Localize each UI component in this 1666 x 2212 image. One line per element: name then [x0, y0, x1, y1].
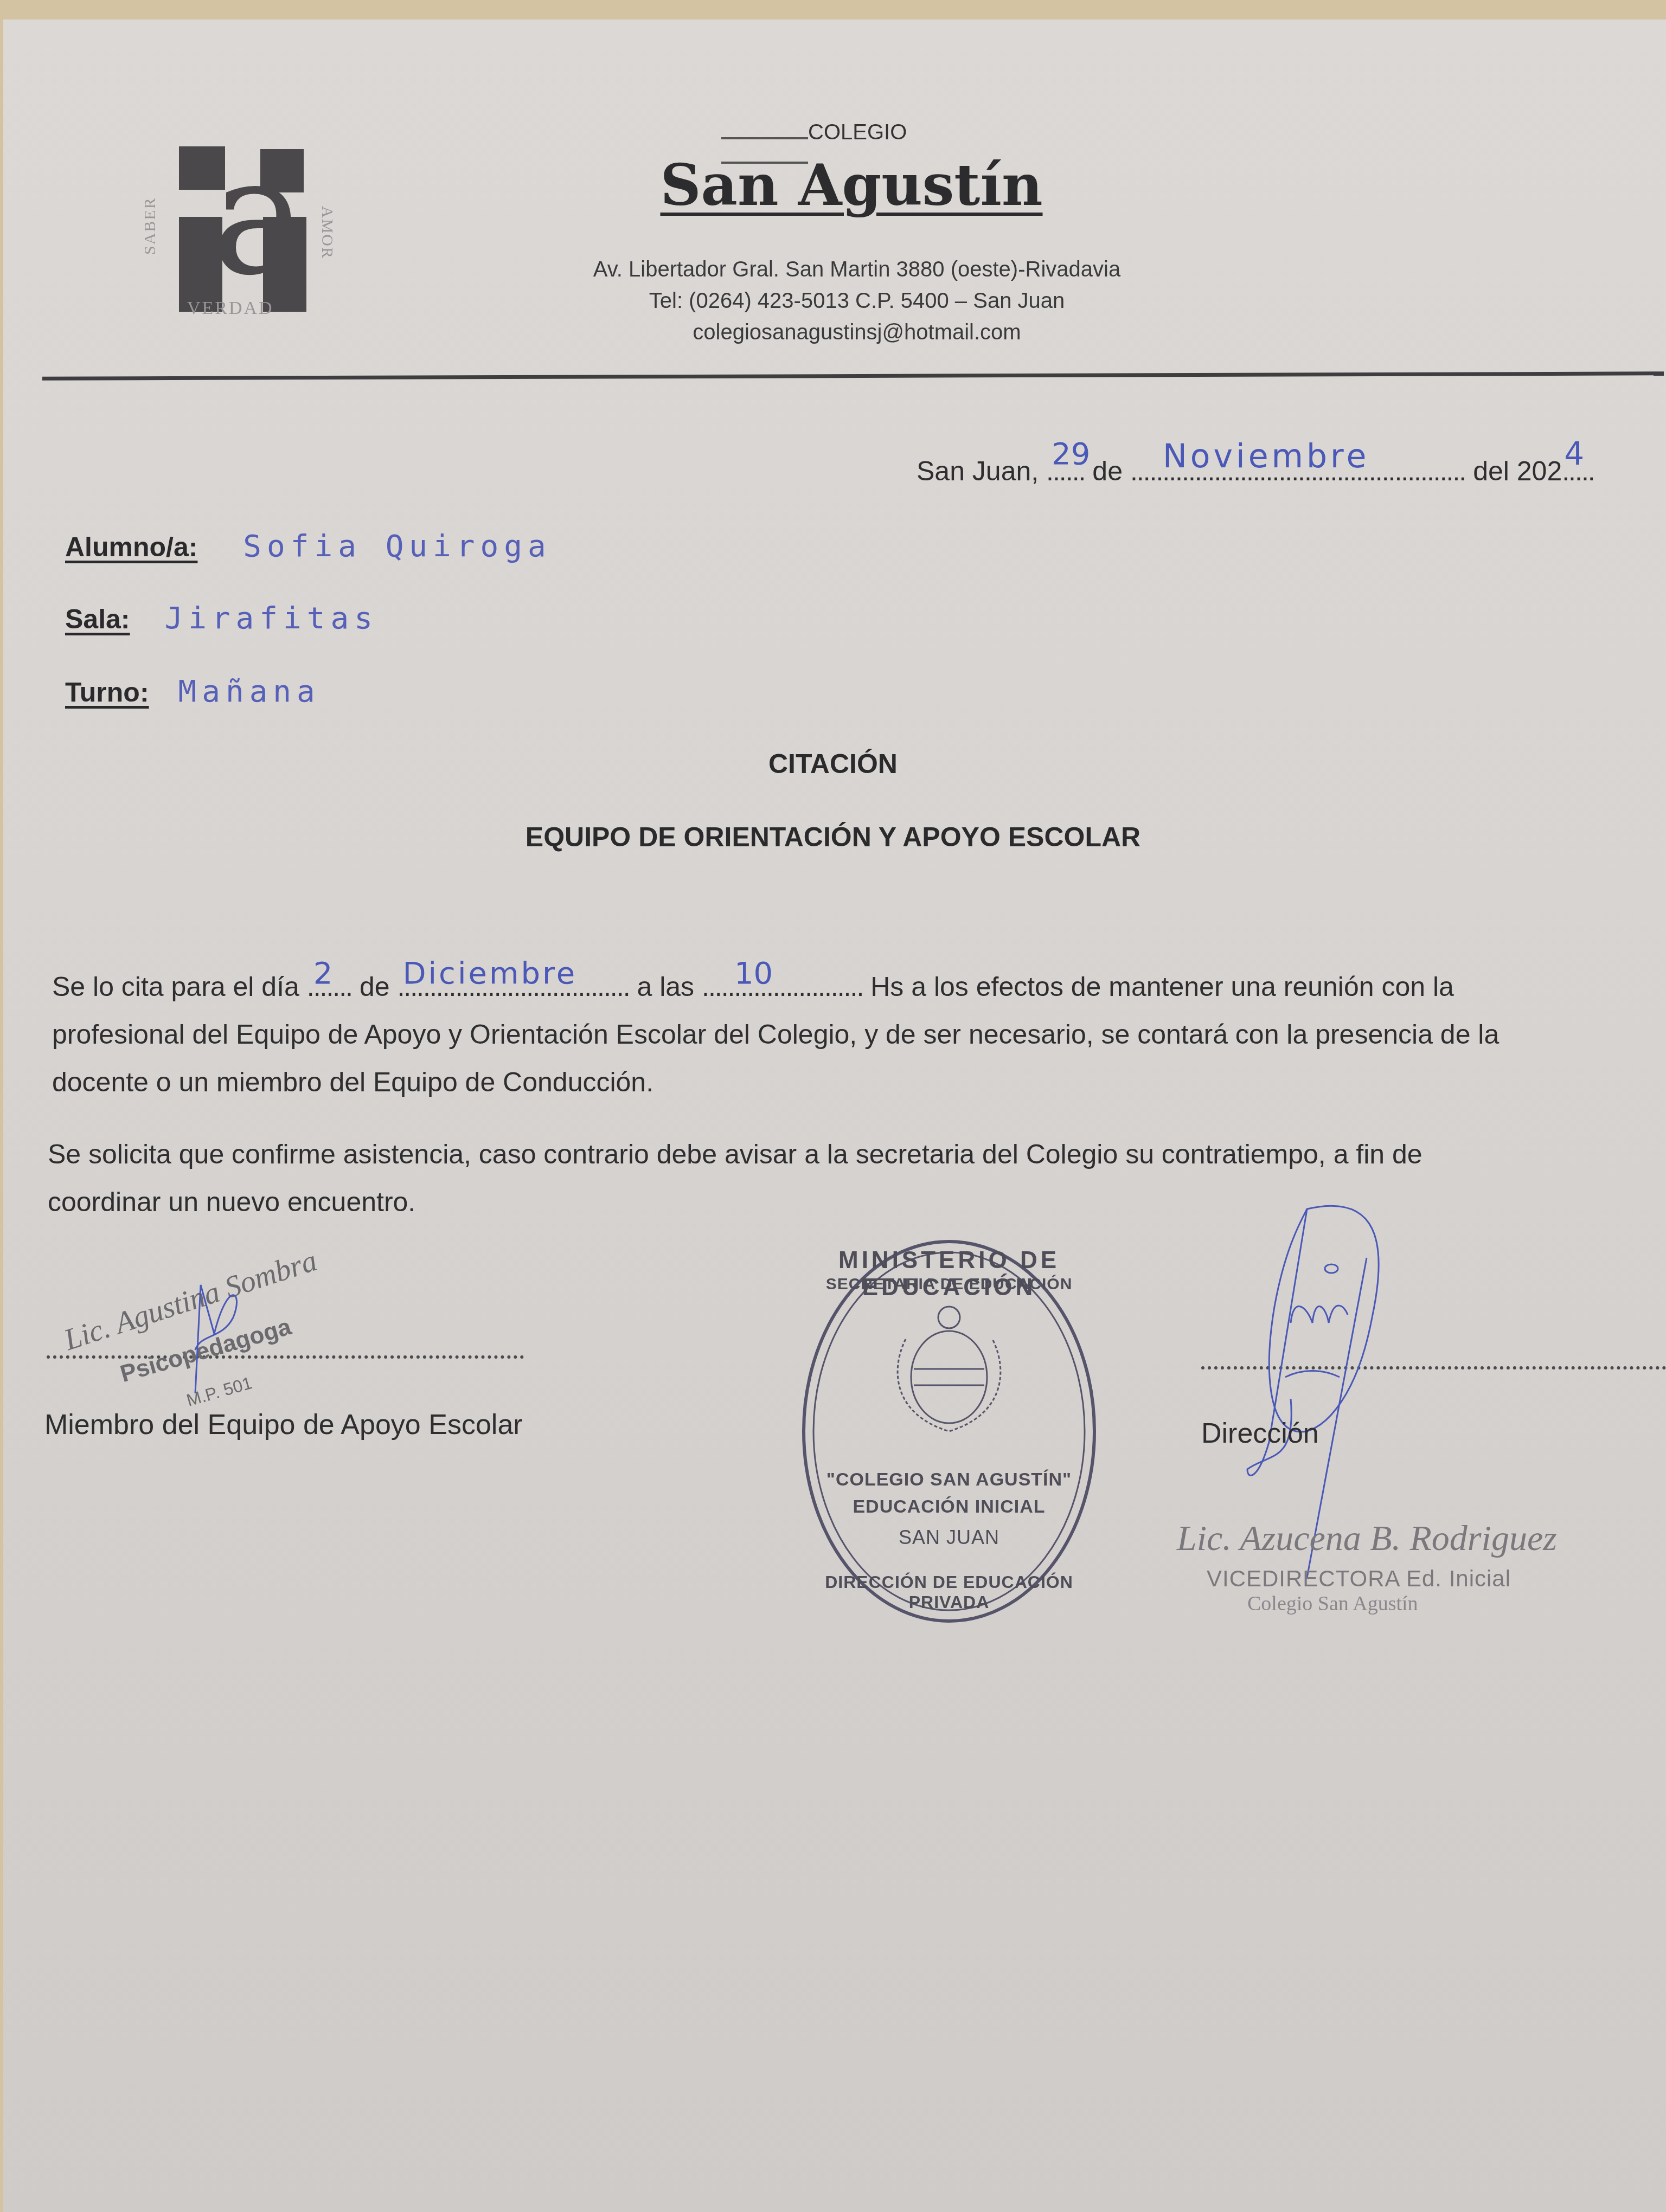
date-line: San Juan, ......29 de ..................…: [917, 455, 1594, 487]
stamp-name-right: Lic. Azucena B. Rodriguez: [1177, 1518, 1557, 1559]
summons-alas: a las: [637, 972, 694, 1002]
field-student: Alumno/a: Sofia Quiroga: [65, 529, 552, 564]
date-de: de: [1092, 456, 1123, 486]
seal-bottom: DIRECCIÓN DE EDUCACIÓN PRIVADA: [797, 1572, 1101, 1612]
email-line: colegiosanagustinsj@hotmail.com: [521, 317, 1193, 348]
kicker-text: COLEGIO: [808, 120, 907, 144]
document-subtitle: EQUIPO DE ORIENTACIÓN Y APOYO ESCOLAR: [0, 821, 1666, 853]
summons-day-value: 2: [313, 950, 333, 998]
field-shift-value: Mañana: [178, 674, 320, 709]
summons-prefix: Se lo cita para el día: [52, 972, 299, 1002]
summons-de: de: [360, 972, 390, 1002]
document-sheet: [3, 20, 1666, 2212]
date-year-field: .....4: [1562, 456, 1594, 486]
field-room: Sala: Jirafitas: [65, 601, 378, 636]
field-student-label: Alumno/a:: [65, 532, 197, 562]
kicker-rule-left: [721, 137, 808, 139]
stamp-role-right: VICEDIRECTORA Ed. Inicial: [1207, 1566, 1511, 1592]
seal-center-line-3: SAN JUAN: [797, 1526, 1101, 1549]
confirmation-line-1: Se solicita que confirme asistencia, cas…: [48, 1130, 1653, 1178]
logo-word-amor: AMOR: [318, 206, 336, 259]
dotted-line-left: [47, 1355, 524, 1359]
summons-hour-field: .........................10: [702, 972, 863, 1002]
date-year-prefix: del 202: [1473, 456, 1562, 486]
paragraph-summons: Se lo cita para el día .......2 de .....…: [52, 963, 1657, 1106]
school-logo: a SABER AMOR VERDAD: [157, 119, 342, 325]
seal-center-line-1: "COLEGIO SAN AGUSTÍN": [797, 1469, 1101, 1490]
seal-center-line-2: EDUCACIÓN INICIAL: [797, 1496, 1101, 1517]
date-month-field: ........................................…: [1130, 456, 1465, 486]
coat-of-arms-icon: [898, 1307, 1001, 1431]
summons-line-1: Se lo cita para el día .......2 de .....…: [52, 963, 1657, 1011]
summons-line-3: docente o un miembro del Equipo de Condu…: [52, 1058, 1657, 1106]
date-year-value: 4: [1564, 435, 1584, 472]
summons-month-value: Diciembre: [402, 950, 577, 998]
summons-month-field: ....................................Dici…: [397, 972, 629, 1002]
summons-day-field: .......2: [307, 972, 352, 1002]
date-month-value: Noviembre: [1163, 438, 1369, 475]
date-day-value: 29: [1052, 436, 1090, 472]
date-place: San Juan,: [917, 456, 1039, 486]
signature-label-right: Dirección: [1201, 1417, 1319, 1450]
field-room-label: Sala:: [65, 604, 130, 634]
address-line: Av. Libertador Gral. San Martin 3880 (oe…: [521, 254, 1193, 285]
signature-line-left: [47, 1355, 524, 1359]
seal-inner-top: SECRETARIA DE EDUCACIÓN: [797, 1275, 1101, 1294]
date-day-field: ......29: [1046, 456, 1085, 486]
official-seal: MINISTERIO DE EDUCACIÓN SECRETARIA DE ED…: [797, 1236, 1101, 1626]
document-title: CITACIÓN: [0, 748, 1666, 780]
summons-rest: Hs a los efectos de mantener una reunión…: [870, 972, 1454, 1002]
field-shift-label: Turno:: [65, 677, 149, 708]
field-room-value: Jirafitas: [164, 601, 377, 636]
school-name: San Agustín: [635, 152, 1068, 218]
summons-hour-value: 10: [734, 950, 773, 998]
summons-line-2: profesional del Equipo de Apoyo y Orient…: [52, 1011, 1657, 1058]
field-student-value: Sofia Quiroga: [243, 529, 551, 564]
logo-letter-icon: a: [212, 136, 298, 298]
stamp-school-right: Colegio San Agustín: [1247, 1592, 1418, 1616]
phone-line: Tel: (0264) 423-5013 C.P. 5400 – San Jua…: [521, 285, 1193, 317]
field-shift: Turno: Mañana: [65, 674, 321, 709]
logo-word-saber: SABER: [141, 197, 159, 255]
handwritten-signature-left-icon: [163, 1269, 271, 1410]
school-address: Av. Libertador Gral. San Martin 3880 (oe…: [521, 254, 1193, 348]
logo-word-verdad: VERDAD: [187, 298, 274, 319]
signature-label-left: Miembro del Equipo de Apoyo Escolar: [44, 1409, 523, 1441]
